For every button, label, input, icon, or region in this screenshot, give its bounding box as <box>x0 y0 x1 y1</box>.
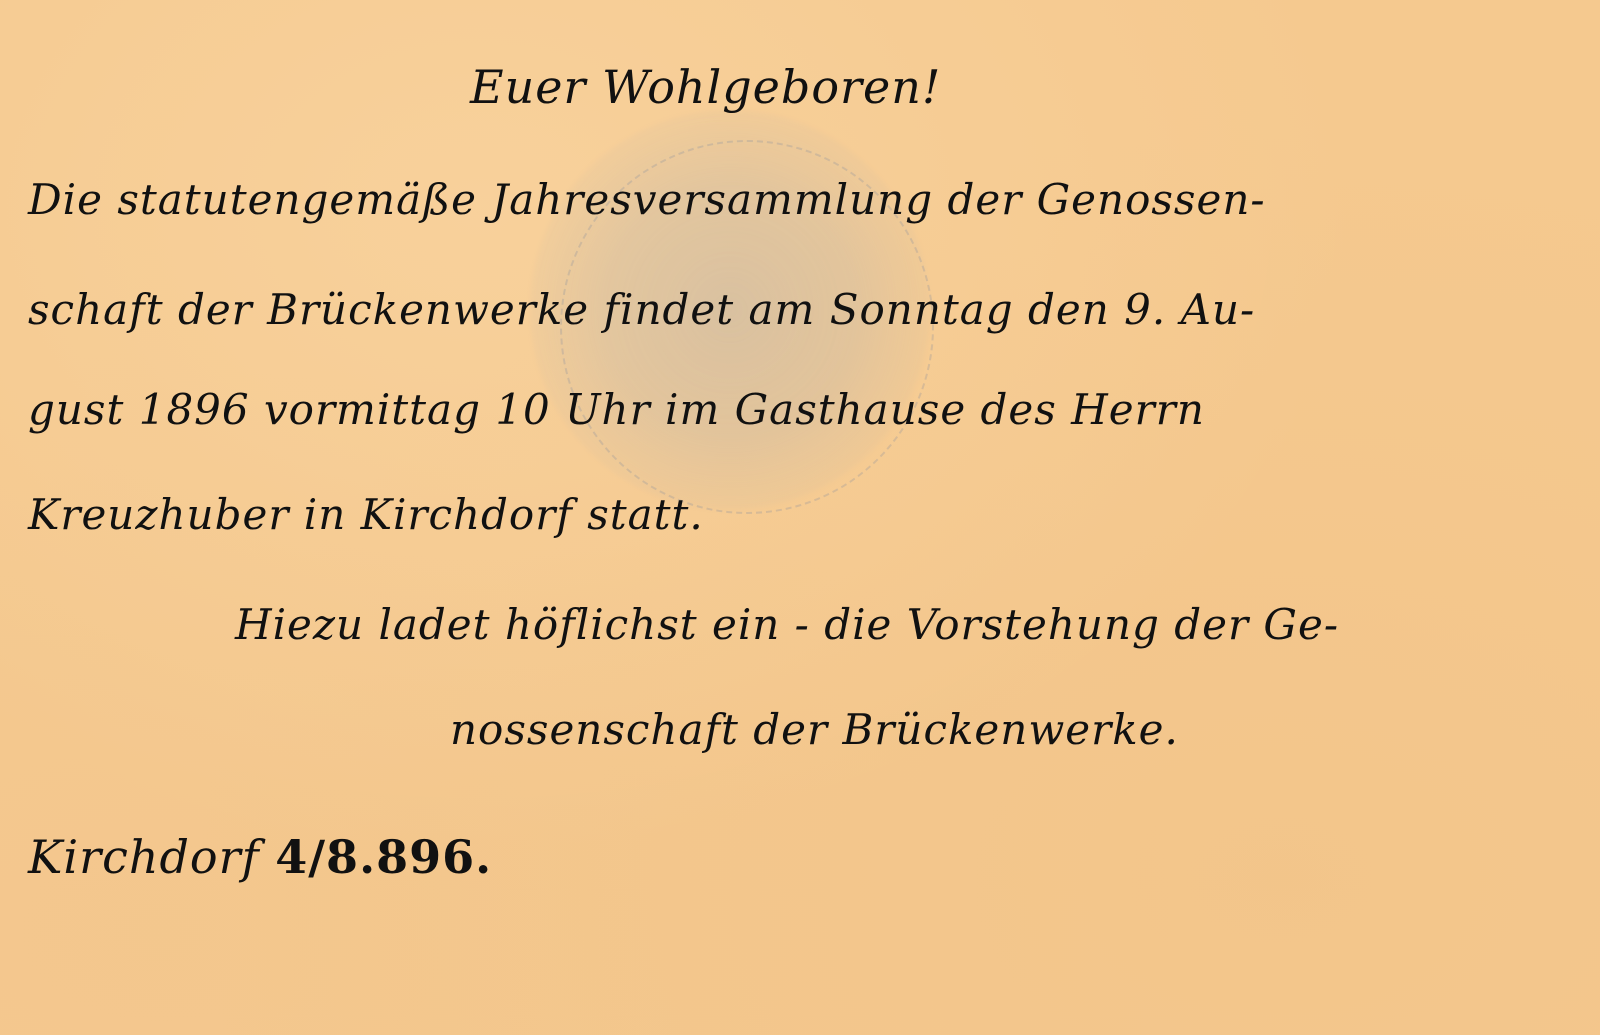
body-line-1: Die statutengemäße Jahresversammlung der… <box>28 175 1266 224</box>
body-line-5: Hiezu ladet höflichst ein - die Vorstehu… <box>235 600 1339 649</box>
body-line-6: nossenschaft der Brückenwerke. <box>450 705 1179 754</box>
body-line-2: schaft der Brückenwerke findet am Sonnta… <box>28 285 1255 334</box>
body-line-4: Kreuzhuber in Kirchdorf statt. <box>28 490 704 539</box>
closing-place: Kirchdorf <box>28 830 260 884</box>
salutation: Euer Wohlgeboren! <box>470 60 941 114</box>
closing-date: 4/8.896. <box>275 830 492 884</box>
place-and-date: Kirchdorf 4/8.896. <box>28 830 492 884</box>
body-line-3: gust 1896 vormittag 10 Uhr im Gasthause … <box>28 385 1205 434</box>
